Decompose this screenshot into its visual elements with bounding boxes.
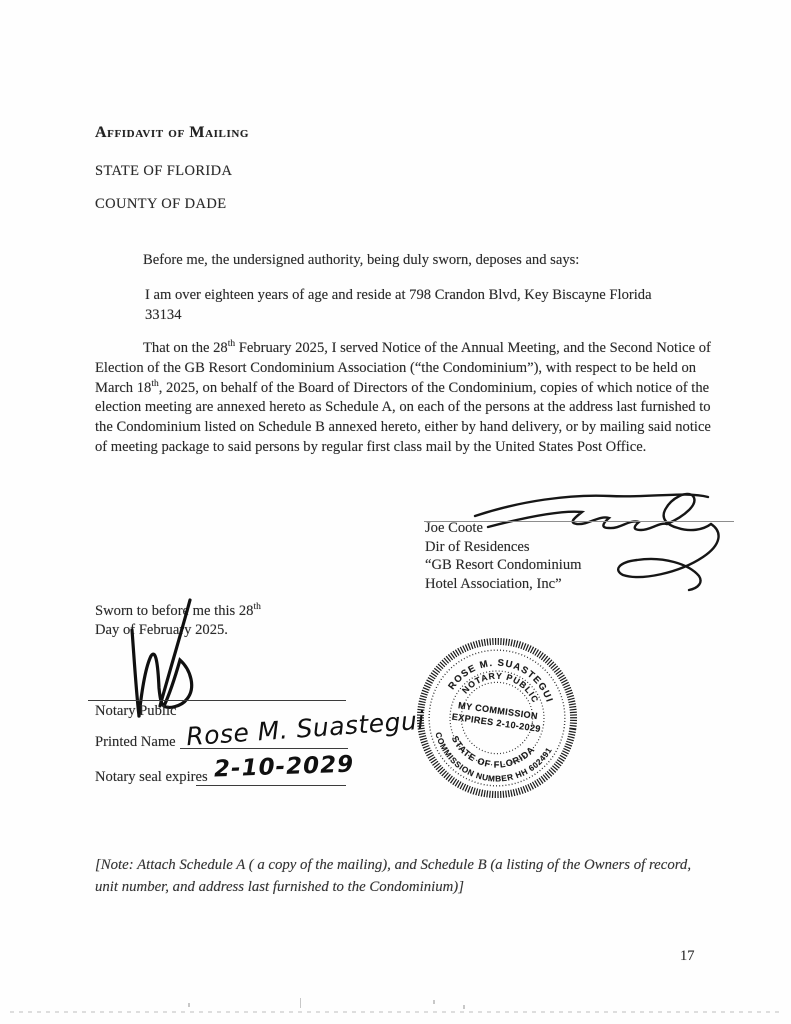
paragraph-residence: I am over eighteen years of age and resi…: [145, 286, 720, 326]
signer-block: Joe Coote Dir of Residences “GB Resort C…: [425, 519, 581, 593]
scan-speck: [433, 1000, 435, 1004]
signer-title: Dir of Residences: [425, 538, 581, 557]
signer-org-line-1: “GB Resort Condominium: [425, 556, 581, 575]
scan-speck: [463, 1005, 465, 1009]
state-line: STATE OF FLORIDA: [95, 163, 232, 180]
service-text-3: , 2025, on behalf of the Board of Direct…: [95, 380, 711, 455]
seal-expires-line: [196, 785, 346, 786]
residence-line-1: I am over eighteen years of age and resi…: [145, 286, 720, 306]
superscript-th-2: th: [151, 379, 158, 389]
seal-expires-handwritten: 2-10-2029: [214, 752, 355, 783]
service-text-1: That on the 28: [143, 340, 228, 356]
notary-seal-stamp: ROSE M. SUASTEGUI NOTARY PUBLIC MY COMMI…: [399, 620, 596, 817]
seal-expires-label: Notary seal expires: [95, 769, 208, 786]
document-title: Affidavit of Mailing: [95, 124, 249, 142]
signer-org-line-2: Hotel Association, Inc”: [425, 575, 581, 594]
printed-name-label: Printed Name: [95, 734, 176, 751]
notary-public-line: [88, 700, 346, 701]
scan-speck: [300, 998, 301, 1008]
note-text: [Note: Attach Schedule A ( a copy of the…: [95, 855, 710, 899]
residence-line-2: 33134: [145, 306, 720, 326]
paragraph-sworn-intro: Before me, the undersigned authority, be…: [95, 251, 720, 271]
page-number: 17: [680, 948, 695, 965]
notary-public-label: Notary Public: [95, 703, 176, 720]
document-page: Affidavit of Mailing STATE OF FLORIDA CO…: [0, 0, 791, 1024]
superscript-th-1: th: [228, 339, 235, 349]
scan-speck: [188, 1003, 190, 1007]
scan-artifact-line: [10, 1011, 782, 1013]
signer-name: Joe Coote: [425, 519, 581, 538]
printed-name-line: [180, 748, 348, 749]
county-line: COUNTY OF DADE: [95, 196, 227, 213]
notary-seal-graphic: ROSE M. SUASTEGUI NOTARY PUBLIC MY COMMI…: [399, 620, 596, 817]
paragraph-service: That on the 28th February 2025, I served…: [95, 339, 722, 458]
